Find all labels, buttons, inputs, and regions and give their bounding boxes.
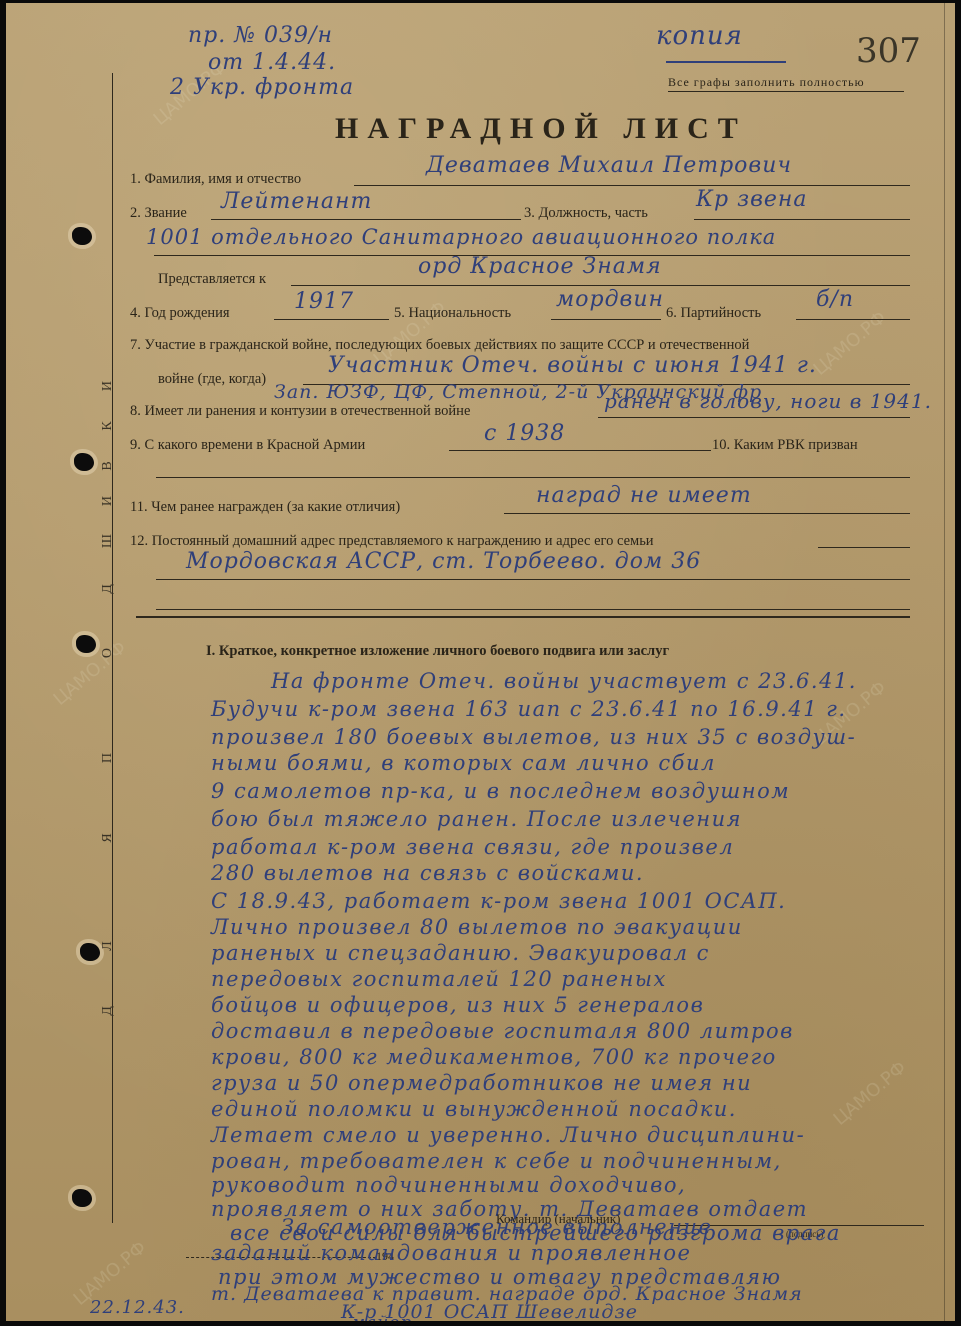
narrative-line: С 18.9.43, работает к-ром звена 1001 ОСА… [211,889,786,913]
field-12-value: Мордовская АССР, ст. Торбеево. дом 36 [186,549,701,574]
field-2-rule [211,219,521,220]
field-1-rule [354,185,910,186]
section-heading: I. Краткое, конкретное изложение личного… [206,643,669,660]
instruction-underline [668,91,904,92]
field-5-label: 5. Национальность [394,305,511,322]
margin-letter: П [100,750,116,766]
narrative-line: Будучи к-ром звена 163 иап с 23.6.41 по … [211,697,847,721]
margin-letter: Д [100,581,116,597]
field-2-label: 2. Звание [130,205,187,222]
punch-hole [80,943,100,961]
field-8-label: 8. Имеет ли ранения и контузии в отечест… [130,403,470,420]
margin-letter: И [100,378,116,394]
narrative-line: произвел 180 боевых вылетов, из них 35 с… [211,725,856,749]
order-note-line1: пр. № 039/н [188,23,333,48]
field-7-value: Участник Отеч. войны с июня 1941 г. [328,353,817,378]
archive-page-number: 307 [856,31,921,71]
narrative-line: ными боями, в которых сам лично сбил [211,751,716,775]
narrative-line: На фронте Отеч. войны участвует с 23.6.4… [271,669,857,693]
punch-hole [72,227,92,245]
field-9-label: 9. С какого времени в Красной Армии [130,437,365,454]
field-9-value: с 1938 [484,421,565,446]
field-3-rule [694,219,910,220]
margin-letter: В [100,458,116,474]
narrative-line: За самоотверженное выполнение [281,1215,712,1239]
presented-label: Представляется к [158,271,266,288]
narrative-line: единой поломки и вынужденной посадки. [211,1097,737,1121]
margin-letter: И [100,493,116,509]
field-8-rule [598,417,910,418]
narrative-line: Лично произвел 80 вылетов по эвакуации [211,915,743,939]
narrative-line: 9 самолетов пр-ка, и в последнем воздушн… [211,779,790,803]
field-3-label: 3. Должность, часть [524,205,648,222]
narrative-line: раненых и спецзаданию. Эвакуировал с [211,941,710,965]
field-6-value: б/п [816,287,854,312]
narrative-line: заданий командования и проявленное [211,1241,691,1265]
field-12-cont-rule [156,579,910,580]
narrative-line: работал к-ром звена связи, где произвел [211,835,734,859]
field-1-value: Деватаев Михаил Петрович [426,153,792,178]
field-5-value: мордвин [556,287,664,312]
field-12-label: 12. Постоянный домашний адрес представля… [130,533,654,550]
narrative-line: руководит подчиненными доходчиво, [211,1173,686,1197]
margin-letter: Ш [100,533,116,549]
watermark: ЦАМО.РФ [830,1057,911,1130]
signatory-rank: майор [351,1313,412,1321]
narrative-line: доставил в передовые госпиталя 800 литро… [211,1019,794,1043]
punch-hole [74,453,94,471]
field-12-rule [818,547,910,548]
field-4-value: 1917 [294,289,354,314]
margin-letter: Д [100,1003,116,1019]
field-7-label-line2: войне (где, когда) [158,371,266,388]
page-edge [944,3,945,1321]
narrative-line: крови, 800 кг медикаментов, 700 кг проче… [211,1045,777,1069]
narrative-line: груза и 50 опермедработников не имея ни [211,1071,752,1095]
submission-date: 22.12.43. [90,1297,185,1318]
field-11-label: 11. Чем ранее награжден (за какие отличи… [130,499,400,516]
field-5-rule [551,319,661,320]
field-1-label: 1. Фамилия, имя и отчество [130,171,301,188]
field-9-rule [449,450,711,451]
field-7-label-line1: 7. Участие в гражданской войне, последую… [130,337,749,354]
margin-letter: К [100,418,116,434]
field-10-rule [156,477,910,478]
field-3-value: Кр звена [696,187,808,212]
narrative-line: передовых госпиталей 120 раненых [211,967,667,991]
punch-hole [72,1189,92,1207]
copy-mark-underline [666,61,786,63]
field-11-rule [504,513,910,514]
field-4-rule [274,319,389,320]
narrative-line: рован, требователен к себе и подчиненным… [211,1149,782,1173]
presented-rule [291,285,910,286]
field-11-value: наград не имеет [536,483,752,508]
field-8-value: ранен в голову, ноги в 1941. [604,389,932,413]
punch-hole [76,635,96,653]
section-separator-thick [136,616,910,618]
field-4-label: 4. Год рождения [130,305,230,322]
field-10-label: 10. Каким РВК призван [712,437,858,454]
margin-letter: Я [100,830,116,846]
field-6-rule [796,319,910,320]
narrative-line: бойцов и офицеров, из них 5 генералов [211,993,704,1017]
field-3-value-cont: 1001 отдельного Санитарного авиационного… [146,225,776,249]
field-2-value: Лейтенант [221,189,372,214]
page-title: НАГРАДНОЙ ЛИСТ [335,112,747,146]
narrative-line: Летает смело и уверенно. Лично дисциплин… [211,1123,805,1147]
copy-mark: копия [656,21,743,51]
margin-letter: Л [100,938,116,954]
narrative-line: 280 вылетов на связь с войсками. [211,861,644,885]
presented-value: орд Красное Знамя [418,254,662,279]
field-6-label: 6. Партийность [666,305,761,322]
award-sheet-page: ЦАМО.РФ ЦАМО.РФ ЦАМО.РФ ЦАМО.РФ ЦАМО.РФ … [6,3,955,1321]
section-separator [156,609,910,610]
instruction-text: Все графы заполнить полностью [668,75,865,90]
margin-letter: О [100,645,116,661]
order-note-line2: от 1.4.44. [208,50,336,75]
narrative-line: бою был тяжело ранен. После излечения [211,807,742,831]
order-note-line3: 2 Укр. фронта [170,75,354,100]
